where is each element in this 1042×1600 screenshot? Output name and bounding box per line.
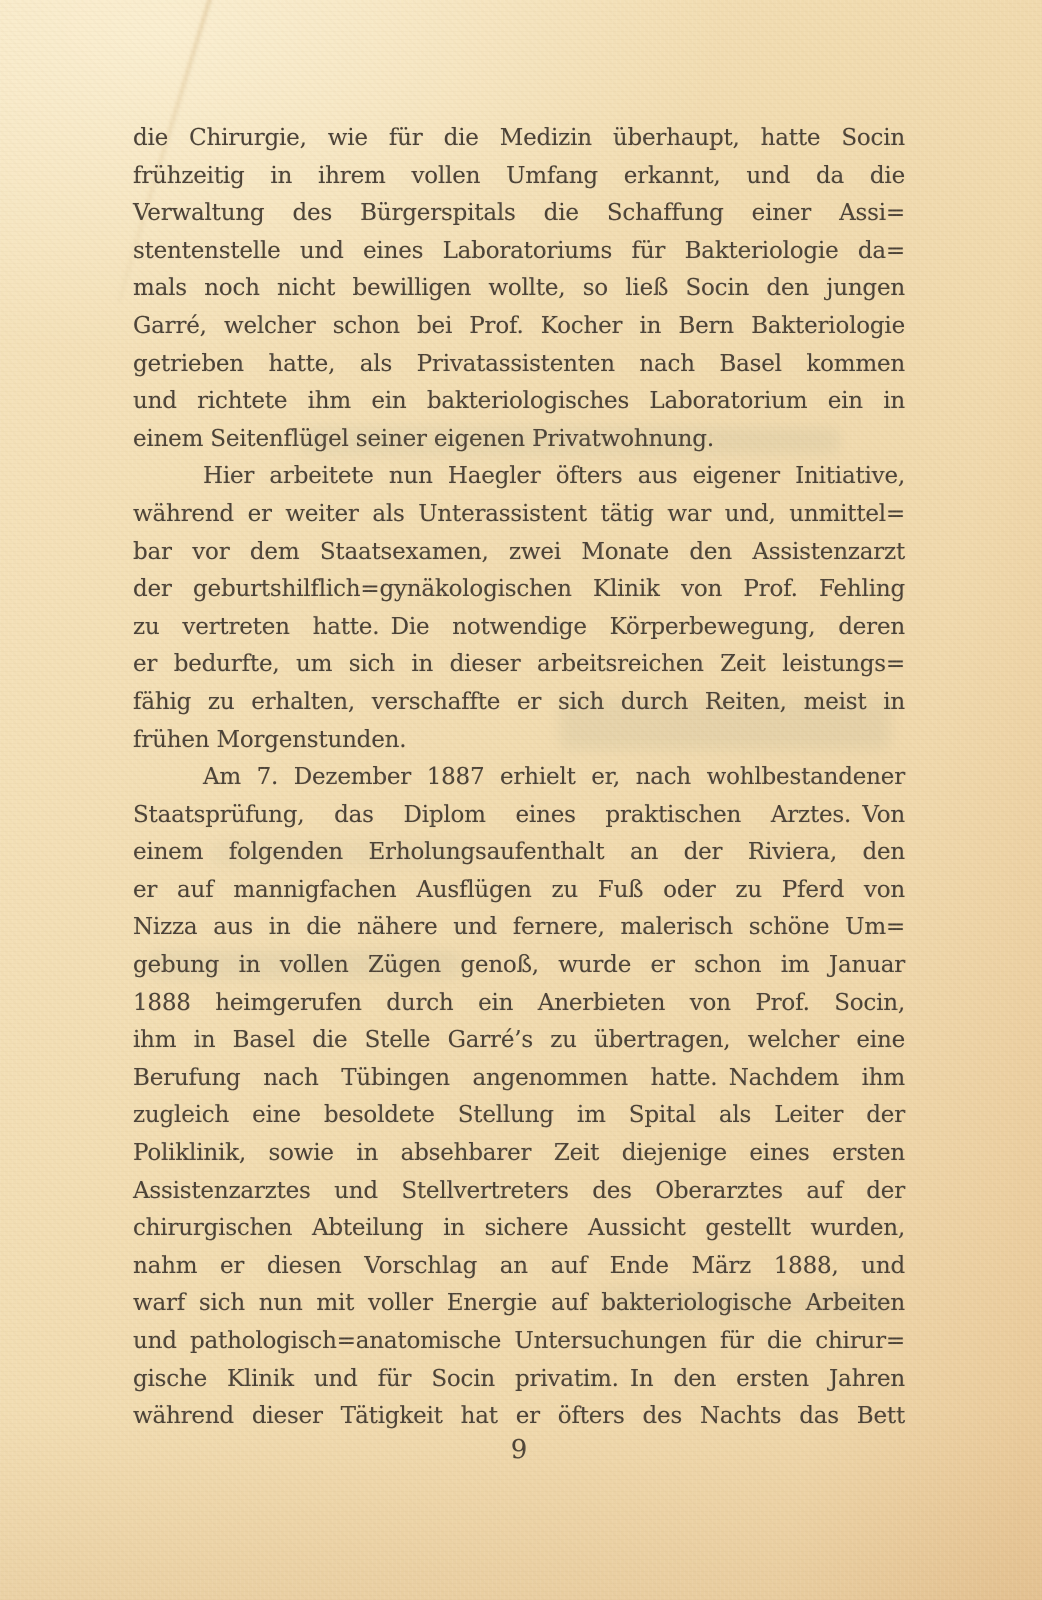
text-line: 1888 heimgerufen durch ein Anerbieten vo… <box>133 985 905 1023</box>
text-line: Poliklinik, sowie in absehbarer Zeit die… <box>133 1135 905 1173</box>
text-line: Assistenzarztes und Stellvertreters des … <box>133 1173 905 1211</box>
text-line: zugleich eine besoldete Stellung im Spit… <box>133 1097 905 1135</box>
text-line: er bedurfte, um sich in dieser arbeitsre… <box>133 646 905 684</box>
page-text: die Chirurgie, wie für die Medizin überh… <box>133 120 905 1436</box>
text-line: nahm er diesen Vorschlag an auf Ende Mär… <box>133 1248 905 1286</box>
text-line: und pathologisch=anatomische Untersuchun… <box>133 1323 905 1361</box>
text-line: frühzeitig in ihrem vollen Umfang erkann… <box>133 158 905 196</box>
text-line: Berufung nach Tübingen angenommen hatte.… <box>133 1060 905 1098</box>
text-line: ihm in Basel die Stelle Garré’s zu übert… <box>133 1022 905 1060</box>
text-line: er auf mannigfachen Ausflügen zu Fuß ode… <box>133 872 905 910</box>
text-line: mals noch nicht bewilligen wollte, so li… <box>133 270 905 308</box>
text-line: Am 7. Dezember 1887 erhielt er, nach woh… <box>133 759 905 797</box>
text-line: einem Seitenflügel seiner eigenen Privat… <box>133 421 905 459</box>
text-line: zu vertreten hatte. Die notwendige Körpe… <box>133 609 905 647</box>
text-line: frühen Morgenstunden. <box>133 722 905 760</box>
book-page: die Chirurgie, wie für die Medizin überh… <box>0 0 1042 1600</box>
text-line: stentenstelle und eines Laboratoriums fü… <box>133 233 905 271</box>
text-line: und richtete ihm ein bakteriologisches L… <box>133 383 905 421</box>
text-line: Staatsprüfung, das Diplom eines praktisc… <box>133 797 905 835</box>
text-line: der geburtshilflich=gynäkologischen Klin… <box>133 571 905 609</box>
text-line: gische Klinik und für Socin privatim. In… <box>133 1361 905 1399</box>
text-line: bar vor dem Staatsexamen, zwei Monate de… <box>133 534 905 572</box>
text-line: Hier arbeitete nun Haegler öfters aus ei… <box>133 458 905 496</box>
text-line: gebung in vollen Zügen genoß, wurde er s… <box>133 947 905 985</box>
text-line: während er weiter als Unterassistent tät… <box>133 496 905 534</box>
text-line: Verwaltung des Bürgerspitals die Schaffu… <box>133 195 905 233</box>
text-line: einem folgenden Erholungsaufenthalt an d… <box>133 834 905 872</box>
text-line: die Chirurgie, wie für die Medizin überh… <box>133 120 905 158</box>
text-line: fähig zu erhalten, verschaffte er sich d… <box>133 684 905 722</box>
text-line: chirurgischen Abteilung in sichere Aussi… <box>133 1210 905 1248</box>
text-line: warf sich nun mit voller Energie auf bak… <box>133 1285 905 1323</box>
text-line: Nizza aus in die nähere und fernere, mal… <box>133 909 905 947</box>
text-line: Garré, welcher schon bei Prof. Kocher in… <box>133 308 905 346</box>
text-line: getrieben hatte, als Privatassistenten n… <box>133 346 905 384</box>
page-number: 9 <box>133 1430 905 1470</box>
